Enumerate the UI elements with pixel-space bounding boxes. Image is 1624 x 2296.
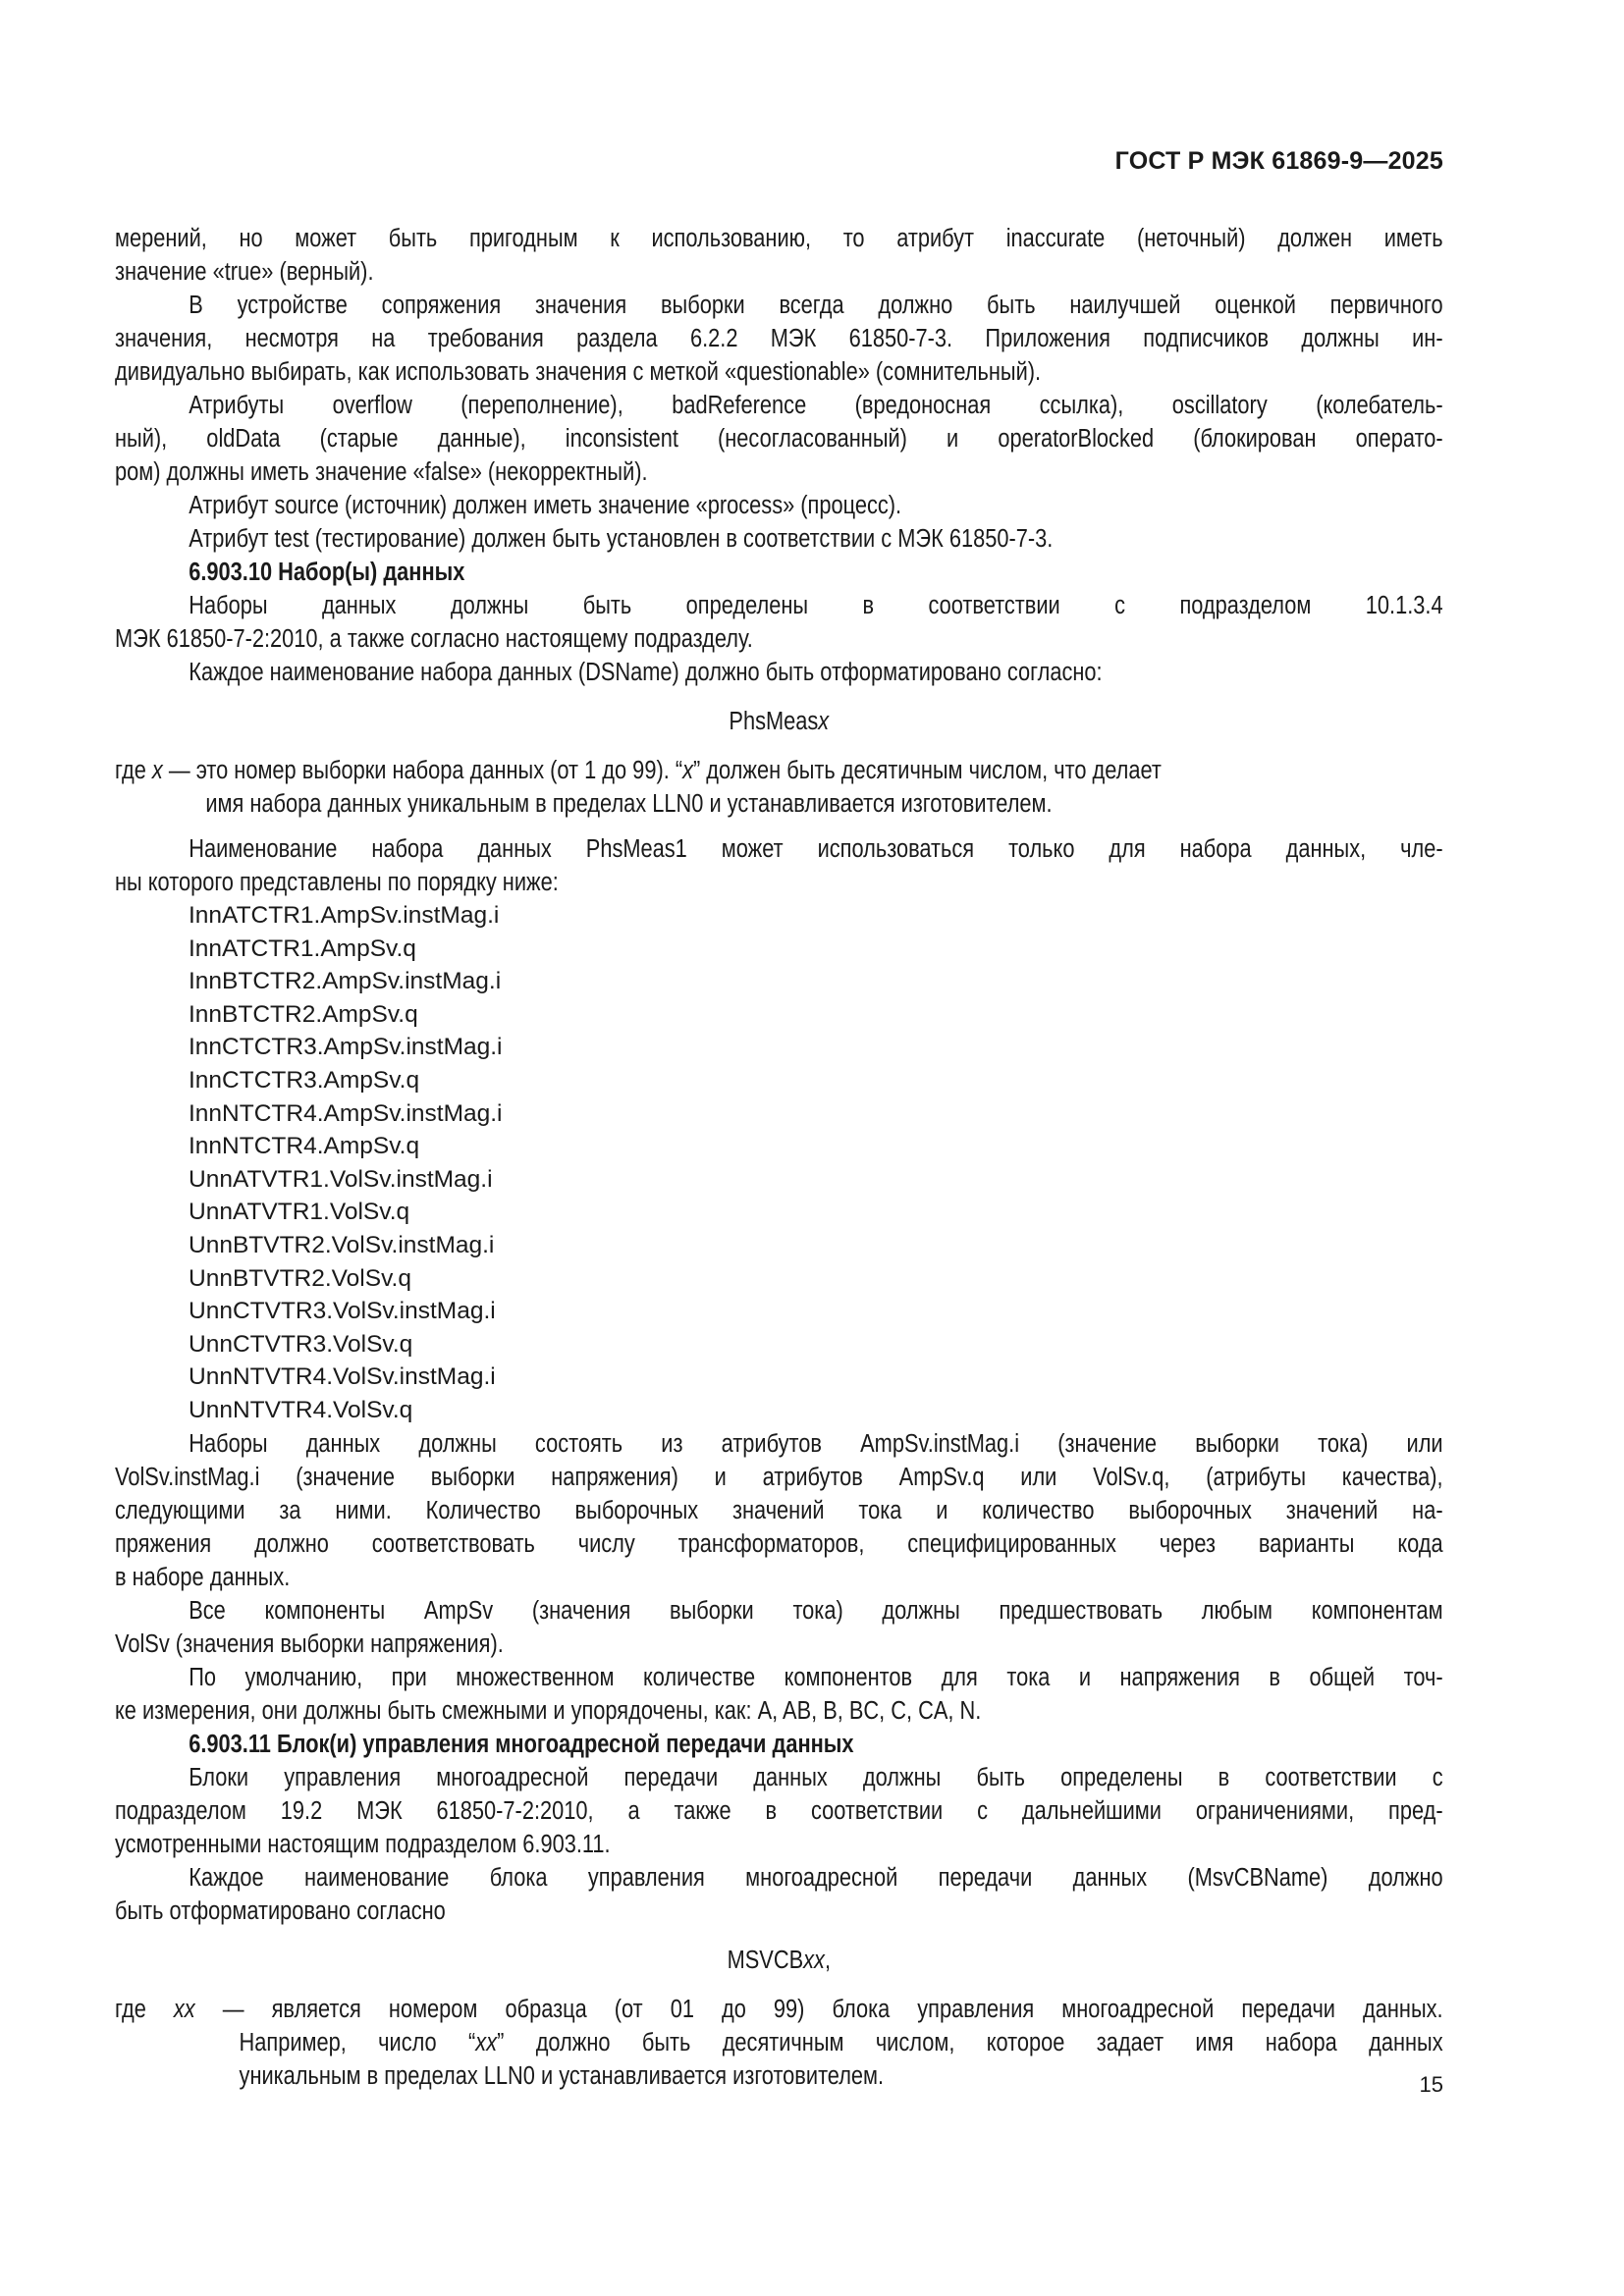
where-clause-continuation: уникальным в пределах LLN0 и устанавлива…	[115, 2059, 1443, 2093]
paragraph-line: в наборе данных.	[115, 1561, 1443, 1594]
paragraph-line: значение «true» (верный).	[115, 255, 1443, 289]
formula-variable: x	[818, 708, 829, 735]
where-variable: x	[682, 757, 693, 784]
list-item: UnnATVTR1.VolSv.instMag.i	[189, 1163, 1443, 1197]
paragraph-line: ны которого представлены по порядку ниже…	[115, 866, 1443, 899]
list-item: UnnATVTR1.VolSv.q	[189, 1196, 1443, 1229]
where-text: ” должно быть десятичным числом, которое…	[497, 2029, 1443, 2056]
where-variable: x	[152, 757, 163, 784]
paragraph-line: Блоки управления многоадресной передачи …	[115, 1761, 1443, 1794]
paragraph-line: подразделом 19.2 МЭК 61850-7-2:2010, а т…	[115, 1794, 1443, 1828]
where-lead: где	[115, 757, 152, 784]
formula-suffix: ,	[825, 1947, 831, 1974]
paragraph-line: Наименование набора данных PhsMeas1 може…	[115, 832, 1443, 866]
paragraph-line: МЭК 61850-7-2:2010, а также согласно нас…	[115, 622, 1443, 656]
paragraph-line: Наборы данных должны быть определены в с…	[115, 589, 1443, 622]
list-item: InnATCTR1.AmpSv.instMag.i	[189, 899, 1443, 933]
dataset-member-list: InnATCTR1.AmpSv.instMag.i InnATCTR1.AmpS…	[115, 899, 1443, 1427]
paragraph-line: VolSv (значения выборки напряжения).	[115, 1628, 1443, 1661]
list-item: InnATCTR1.AmpSv.q	[189, 933, 1443, 966]
formula-base: PhsMeas	[729, 708, 818, 735]
paragraph-line: значения, несмотря на требования раздела…	[115, 322, 1443, 355]
paragraph-line: Атрибут source (источник) должен иметь з…	[115, 489, 1443, 522]
paragraph-line: ке измерения, они должны быть смежными и…	[115, 1694, 1443, 1728]
list-item: InnCTCTR3.AmpSv.q	[189, 1064, 1443, 1097]
list-item: UnnNTVTR4.VolSv.instMag.i	[189, 1361, 1443, 1394]
section-heading-6-903-11: 6.903.11 Блок(и) управления многоадресно…	[115, 1728, 1443, 1761]
page-number: 15	[1420, 2072, 1443, 2098]
list-item: InnNTCTR4.AmpSv.q	[189, 1130, 1443, 1163]
where-text: Например, число “	[240, 2029, 476, 2056]
paragraph-line: следующими за ними. Количество выборочны…	[115, 1494, 1443, 1527]
paragraph-line: Атрибут test (тестирование) должен быть …	[115, 522, 1443, 556]
formula-base: MSVCB	[728, 1947, 804, 1974]
formula-dataset-name: PhsMeasx	[115, 705, 1443, 738]
where-clause: где x — это номер выборки набора данных …	[115, 754, 1443, 787]
where-variable: xx	[174, 1996, 195, 2023]
paragraph-line: Каждое наименование блока управления мно…	[115, 1861, 1443, 1895]
where-clause-continuation: Например, число “xx” должно быть десятич…	[115, 2026, 1443, 2059]
paragraph-line: Наборы данных должны состоять из атрибут…	[115, 1427, 1443, 1461]
list-item: InnNTCTR4.AmpSv.instMag.i	[189, 1097, 1443, 1131]
paragraph-line: VolSv.instMag.i (значение выборки напряж…	[115, 1461, 1443, 1494]
paragraph-line: мерений, но может быть пригодным к испол…	[115, 222, 1443, 255]
paragraph-line: ный), oldData (старые данные), inconsist…	[115, 422, 1443, 455]
list-item: UnnBTVTR2.VolSv.instMag.i	[189, 1229, 1443, 1262]
where-text: — это номер выборки набора данных (от 1 …	[163, 757, 682, 784]
where-text: — является номером образца (от 01 до 99)…	[195, 1996, 1443, 2023]
paragraph-line: В устройстве сопряжения значения выборки…	[115, 289, 1443, 322]
where-variable: xx	[475, 2029, 497, 2056]
list-item: InnBTCTR2.AmpSv.q	[189, 998, 1443, 1032]
paragraph-line: Все компоненты AmpSv (значения выборки т…	[115, 1594, 1443, 1628]
paragraph-line: дивидуально выбирать, как использовать з…	[115, 355, 1443, 389]
paragraph-line: усмотренными настоящим подразделом 6.903…	[115, 1828, 1443, 1861]
section-heading-6-903-10: 6.903.10 Набор(ы) данных	[115, 556, 1443, 589]
paragraph-line: пряжения должно соответствовать числу тр…	[115, 1527, 1443, 1561]
list-item: UnnCTVTR3.VolSv.q	[189, 1328, 1443, 1362]
list-item: UnnNTVTR4.VolSv.q	[189, 1394, 1443, 1427]
where-clause: где xx — является номером образца (от 01…	[115, 1993, 1443, 2026]
document-body: мерений, но может быть пригодным к испол…	[115, 222, 1443, 2093]
paragraph-line: ром) должны иметь значение «false» (неко…	[115, 455, 1443, 489]
list-item: InnCTCTR3.AmpSv.instMag.i	[189, 1031, 1443, 1064]
paragraph-line: Каждое наименование набора данных (DSNam…	[115, 656, 1443, 689]
paragraph-line: быть отформатировано согласно	[115, 1895, 1443, 1928]
list-item: UnnCTVTR3.VolSv.instMag.i	[189, 1295, 1443, 1328]
where-lead: где	[115, 1996, 174, 2023]
where-text: ” должен быть десятичным числом, что дел…	[693, 757, 1162, 784]
formula-msvcb-name: MSVCBxx,	[115, 1944, 1443, 1977]
list-item: InnBTCTR2.AmpSv.instMag.i	[189, 965, 1443, 998]
document-standard-id: ГОСТ Р МЭК 61869-9—2025	[1115, 147, 1443, 176]
paragraph-line: По умолчанию, при множественном количест…	[115, 1661, 1443, 1694]
list-item: UnnBTVTR2.VolSv.q	[189, 1262, 1443, 1296]
formula-variable: xx	[803, 1947, 825, 1974]
paragraph-line: Атрибуты overflow (переполнение), badRef…	[115, 389, 1443, 422]
where-clause-continuation: имя набора данных уникальным в пределах …	[115, 787, 1443, 821]
